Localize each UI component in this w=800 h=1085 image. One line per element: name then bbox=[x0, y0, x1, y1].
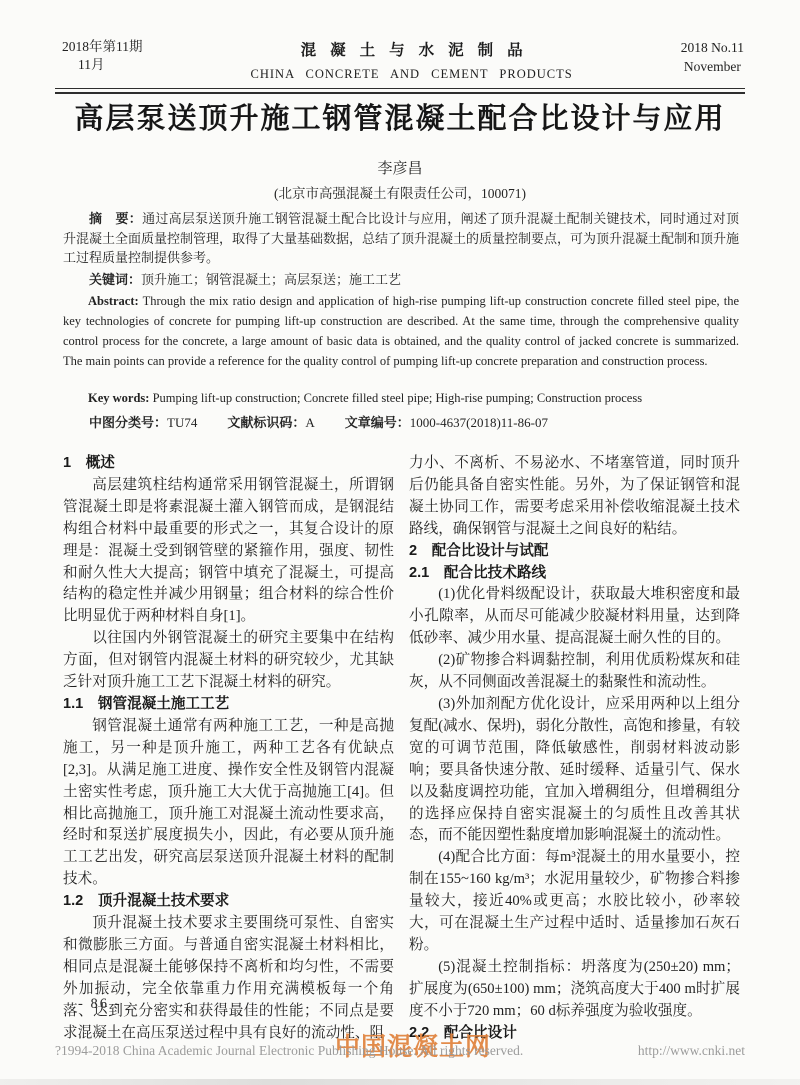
copyright-footer: ?1994-2018 China Academic Journal Electr… bbox=[55, 1043, 745, 1059]
journal-running-head: 2018年第11期 11月 混凝土与水泥制品 CHINA CONCRETE AN… bbox=[62, 38, 744, 82]
scanned-paper-page: 2018年第11期 11月 混凝土与水泥制品 CHINA CONCRETE AN… bbox=[0, 0, 800, 1085]
abstract-en-label: Abstract: bbox=[88, 294, 139, 308]
keywords-cn-text: 顶升施工；钢管混凝土；高层泵送；施工工艺 bbox=[141, 272, 401, 287]
issue-info-en: 2018 No.11 November bbox=[681, 38, 744, 76]
body-paragraph: 力小、不离析、不易泌水、不堵塞管道，同时顶升后仍能具备自密实性能。另外，为了保证… bbox=[409, 453, 740, 541]
clc-value: TU74 bbox=[167, 415, 197, 430]
doc-code-label: 文献标识码： bbox=[227, 415, 305, 430]
body-columns: 1 概述高层建筑柱结构通常采用钢管混凝土，所谓钢管混凝土即是将素混凝土灌入钢管而… bbox=[63, 453, 740, 1044]
body-paragraph: 以往国内外钢管混凝土的研究主要集中在结构方面，但对钢管内混凝土材料的研究较少，尤… bbox=[63, 628, 394, 694]
abstract-en: Abstract: Through the mix ratio design a… bbox=[63, 291, 739, 371]
body-paragraph: 钢管混凝土通常有两种施工工艺，一种是高抛施工，另一种是顶升施工，两种工艺各有优缺… bbox=[63, 716, 394, 891]
issue-number-en: 2018 No.11 bbox=[681, 38, 744, 57]
abstract-cn-label: 摘 要： bbox=[89, 211, 142, 226]
body-column-left: 1 概述高层建筑柱结构通常采用钢管混凝土，所谓钢管混凝土即是将素混凝土灌入钢管而… bbox=[63, 453, 394, 1044]
issue-month-en: November bbox=[681, 57, 744, 76]
keywords-en-label: Key words: bbox=[88, 391, 149, 405]
scan-edge-artifact bbox=[0, 1079, 800, 1085]
classification-line: 中图分类号：TU74文献标识码：A文章编号：1000-4637(2018)11-… bbox=[63, 412, 739, 431]
journal-name-en: CHINA CONCRETE AND CEMENT PRODUCTS bbox=[143, 67, 681, 82]
page-title: 高层泵送顶升施工钢管混凝土配合比设计与应用 bbox=[0, 96, 800, 137]
section-heading: 2 配合比设计与试配 bbox=[409, 541, 740, 563]
body-paragraph: (1)优化骨料级配设计，获取最大堆积密度和最小孔隙率，从而尽可能减少胶凝材料用量… bbox=[409, 584, 740, 650]
abstract-en-text: Through the mix ratio design and applica… bbox=[63, 294, 739, 368]
keywords-cn-label: 关键词： bbox=[89, 272, 141, 287]
issue-year-line: 2018年第11期 bbox=[62, 38, 143, 56]
body-paragraph: 高层建筑柱结构通常采用钢管混凝土，所谓钢管混凝土即是将素混凝土灌入钢管而成，是钢… bbox=[63, 475, 394, 628]
header-double-rule bbox=[55, 88, 745, 94]
abstract-cn: 摘 要：通过高层泵送顶升施工钢管混凝土配合比设计与应用，阐述了顶升混凝土配制关键… bbox=[63, 209, 739, 268]
body-paragraph: (4)配合比方面：每m³混凝土的用水量要小，控制在155~160 kg/m³；水… bbox=[409, 847, 740, 957]
keywords-en-text: Pumping lift-up construction; Concrete f… bbox=[153, 391, 643, 405]
body-paragraph: (5)混凝土控制指标：坍落度为(250±20) mm；扩展度为(650±100)… bbox=[409, 957, 740, 1023]
body-column-right: 力小、不离析、不易泌水、不堵塞管道，同时顶升后仍能具备自密实性能。另外，为了保证… bbox=[409, 453, 740, 1044]
section-heading: 1.1 钢管混凝土施工工艺 bbox=[63, 694, 394, 716]
keywords-cn: 关键词：顶升施工；钢管混凝土；高层泵送；施工工艺 bbox=[63, 269, 739, 288]
page-number: - 86 - bbox=[78, 996, 121, 1013]
author-name: 李彦昌 bbox=[0, 157, 800, 178]
copyright-text: ?1994-2018 China Academic Journal Electr… bbox=[55, 1043, 523, 1059]
section-heading: 1 概述 bbox=[63, 453, 394, 475]
doc-code-value: A bbox=[305, 415, 314, 430]
author-affiliation: (北京市高强混凝土有限责任公司，100071) bbox=[0, 182, 800, 202]
issue-month-line: 11月 bbox=[62, 56, 143, 74]
article-id-label: 文章编号： bbox=[345, 415, 410, 430]
body-paragraph: (3)外加剂配方优化设计，应采用两种以上组分复配(减水、保坍)，弱化分散性，高饱… bbox=[409, 694, 740, 847]
section-heading: 1.2 顶升混凝土技术要求 bbox=[63, 891, 394, 913]
article-id-value: 1000-4637(2018)11-86-07 bbox=[410, 415, 548, 430]
issue-info-cn: 2018年第11期 11月 bbox=[62, 38, 143, 74]
body-paragraph: 顶升混凝土技术要求主要围绕可泵性、自密实和微膨胀三方面。与普通自密实混凝土材料相… bbox=[63, 913, 394, 1044]
section-heading: 2.1 配合比技术路线 bbox=[409, 563, 740, 585]
cnki-url: http://www.cnki.net bbox=[638, 1043, 745, 1059]
clc-label: 中图分类号： bbox=[89, 415, 167, 430]
body-paragraph: (2)矿物掺合料调黏控制，利用优质粉煤灰和硅灰，从不同侧面改善混凝土的黏聚性和流… bbox=[409, 650, 740, 694]
journal-name-block: 混凝土与水泥制品 CHINA CONCRETE AND CEMENT PRODU… bbox=[143, 38, 681, 82]
journal-name-cn: 混凝土与水泥制品 bbox=[143, 38, 681, 60]
keywords-en: Key words: Pumping lift-up construction;… bbox=[63, 391, 739, 406]
abstract-cn-text: 通过高层泵送顶升施工钢管混凝土配合比设计与应用，阐述了顶升混凝土配制关键技术，同… bbox=[63, 211, 739, 265]
